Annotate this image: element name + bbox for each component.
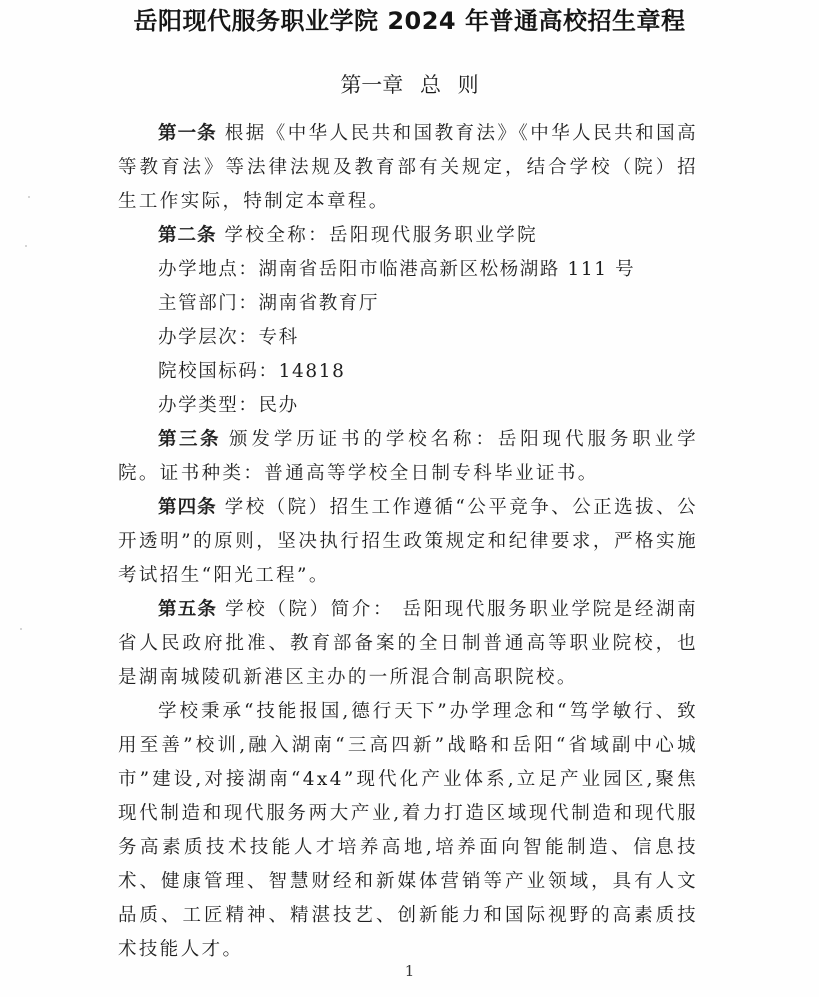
document-title: 岳阳现代服务职业学院 2024 年普通高校招生章程 — [0, 4, 819, 38]
school-level: 办学层次：专科 — [118, 321, 698, 355]
article-1: 第一条根据《中华人民共和国教育法》《中华人民共和国高等教育法》等法律法规及教育部… — [118, 117, 698, 219]
article-2-text: 学校全称：岳阳现代服务职业学院 — [225, 225, 539, 246]
article-3-label: 第三条 — [158, 429, 221, 450]
document-page: 岳阳现代服务职业学院 2024 年普通高校招生章程 第一章 总 则 第一条根据《… — [0, 0, 819, 997]
chapter-heading: 第一章 总 则 — [0, 70, 819, 100]
page-number: 1 — [0, 962, 819, 980]
school-code: 院校国标码：14818 — [118, 355, 698, 389]
school-address: 办学地点：湖南省岳阳市临港高新区松杨湖路 111 号 — [118, 253, 698, 287]
article-5-continuation: 学校秉承“技能报国,德行天下”办学理念和“笃学敏行、致用至善”校训,融入湖南“三… — [118, 695, 698, 967]
article-3: 第三条颁发学历证书的学校名称：岳阳现代服务职业学院。证书种类：普通高等学校全日制… — [118, 423, 698, 491]
scan-artifact — [25, 245, 27, 247]
school-authority: 主管部门：湖南省教育厅 — [118, 287, 698, 321]
article-4: 第四条学校（院）招生工作遵循“公平竞争、公正选拔、公开透明”的原则，坚决执行招生… — [118, 491, 698, 593]
article-5-label: 第五条 — [158, 599, 217, 620]
article-4-label: 第四条 — [158, 497, 217, 518]
article-2-label: 第二条 — [158, 225, 217, 246]
scan-artifact — [20, 628, 22, 630]
school-type: 办学类型：民办 — [118, 389, 698, 423]
document-body: 第一条根据《中华人民共和国教育法》《中华人民共和国高等教育法》等法律法规及教育部… — [118, 117, 698, 967]
article-1-label: 第一条 — [158, 123, 217, 144]
scan-artifact — [28, 196, 30, 198]
article-2: 第二条学校全称：岳阳现代服务职业学院 — [118, 219, 698, 253]
article-5: 第五条学校（院）简介： 岳阳现代服务职业学院是经湖南省人民政府批准、教育部备案的… — [118, 593, 698, 695]
